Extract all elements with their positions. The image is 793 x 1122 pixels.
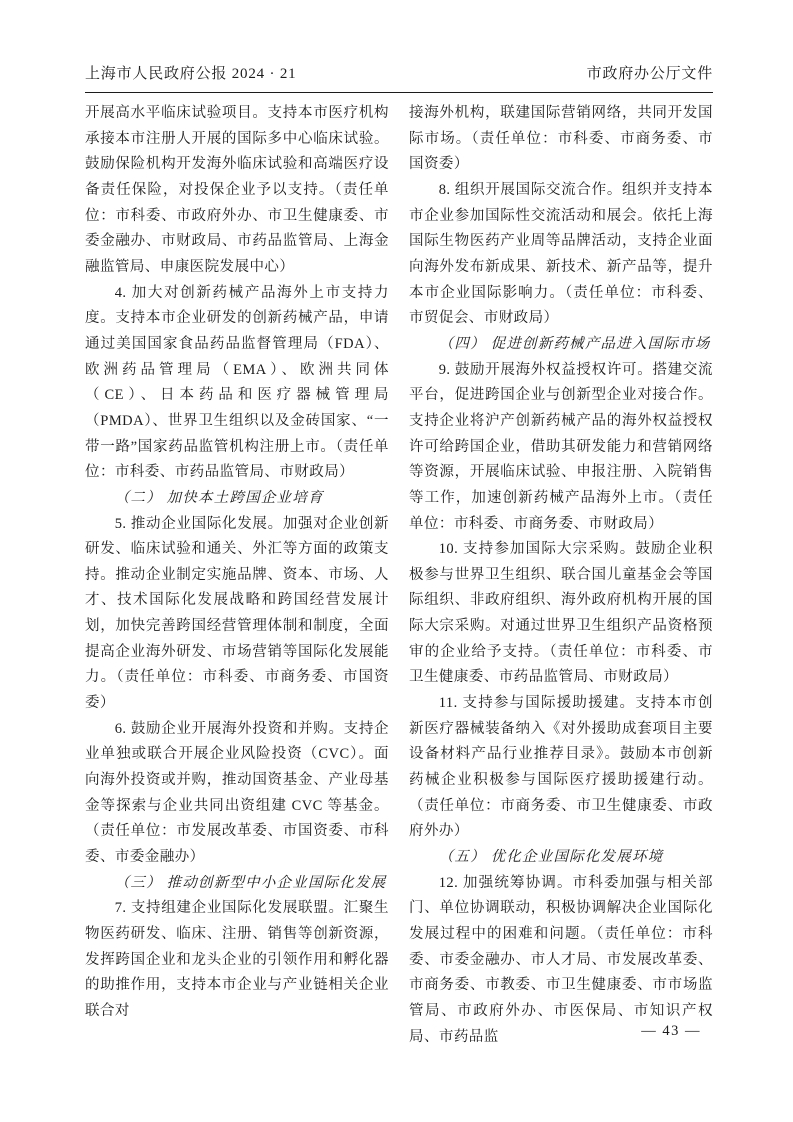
page-number: — 43 — bbox=[641, 1023, 701, 1040]
page-header: 上海市人民政府公报 2024 · 21 市政府办公厅文件 bbox=[85, 62, 713, 93]
paragraph-item-6: 6. 鼓励企业开展海外投资和并购。支持企业单独或联合开展企业风险投资（CVC）。… bbox=[85, 717, 389, 871]
gazette-page: 上海市人民政府公报 2024 · 21 市政府办公厅文件 开展高水平临床试验项目… bbox=[0, 0, 793, 1122]
section-heading-5: （五） 优化企业国际化发展环境 bbox=[409, 845, 713, 871]
paragraph-item-7: 7. 支持组建企业国际化发展联盟。汇聚生物医药研发、临床、注册、销售等创新资源，… bbox=[85, 896, 389, 1024]
document-body: 开展高水平临床试验项目。支持本市医疗机构承接本市注册人开展的国际多中心临床试验。… bbox=[85, 101, 713, 1050]
paragraph-item-9: 9. 鼓励开展海外权益授权许可。搭建交流平台，促进跨国企业与创新型企业对接合作。… bbox=[409, 358, 713, 538]
paragraph-item-4: 4. 加大对创新药械产品海外上市支持力度。支持本市企业研发的创新药械产品，申请通… bbox=[85, 281, 389, 486]
paragraph-item-5: 5. 推动企业国际化发展。加强对企业创新研发、临床试验和通关、外汇等方面的政策支… bbox=[85, 512, 389, 717]
right-column: 接海外机构，联建国际营销网络，共同开发国际市场。（责任单位：市科委、市商务委、市… bbox=[409, 101, 713, 1050]
paragraph-item-10: 10. 支持参加国际大宗采购。鼓励企业积极参与世界卫生组织、联合国儿童基金会等国… bbox=[409, 537, 713, 691]
paragraph-continuation: 接海外机构，联建国际营销网络，共同开发国际市场。（责任单位：市科委、市商务委、市… bbox=[409, 101, 713, 178]
header-gazette-title: 上海市人民政府公报 2024 · 21 bbox=[85, 62, 296, 83]
left-column: 开展高水平临床试验项目。支持本市医疗机构承接本市注册人开展的国际多中心临床试验。… bbox=[85, 101, 389, 1050]
paragraph-continuation: 开展高水平临床试验项目。支持本市医疗机构承接本市注册人开展的国际多中心临床试验。… bbox=[85, 101, 389, 281]
paragraph-item-8: 8. 组织开展国际交流合作。组织并支持本市企业参加国际性交流活动和展会。依托上海… bbox=[409, 178, 713, 332]
section-heading-4: （四） 促进创新药械产品进入国际市场 bbox=[409, 332, 713, 358]
header-document-category: 市政府办公厅文件 bbox=[587, 62, 713, 83]
section-heading-3: （三） 推动创新型中小企业国际化发展 bbox=[85, 871, 389, 897]
section-heading-2: （二） 加快本土跨国企业培育 bbox=[85, 486, 389, 512]
paragraph-item-11: 11. 支持参与国际援助援建。支持本市创新医疗器械装备纳入《对外援助成套项目主要… bbox=[409, 691, 713, 845]
